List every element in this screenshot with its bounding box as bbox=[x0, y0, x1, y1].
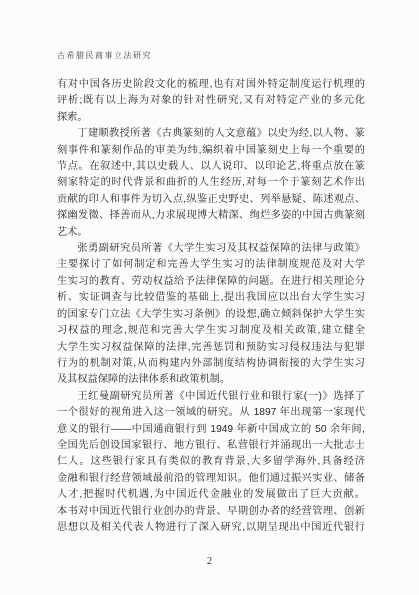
paragraph: 丁建顺教授所著《古典篆刻的人文意蕴》以史为经,以人物、篆刻事件和篆刻作品的审美为… bbox=[57, 126, 365, 241]
text-line: 全国先后创设国家银行、地方银行、私营银行并涌现出一大批志士 bbox=[57, 438, 365, 454]
text-line: 一个很好的视角进入这一领域的研究。从 1897 年出现第一家现代 bbox=[57, 405, 365, 421]
text-line: 主要探讨了如何制定和完善大学生实习的法律制度规范及对大学 bbox=[57, 257, 365, 273]
text-line: 刻事件和篆刻作品的审美为纬,编织着中国篆刻史上每一个重要的 bbox=[57, 143, 365, 159]
body-text: 有对中国各历史阶段文化的梳理,也有对国外特定制度运行机理的评析;既有以上海为对象… bbox=[57, 77, 365, 536]
text-line: 探索。 bbox=[57, 110, 365, 126]
text-line: 节点。在叙述中,其以史载人、以人说印、以印论艺,将重点放在篆 bbox=[57, 159, 365, 175]
text-line: 张勇副研究员所著《大学生实习及其权益保障的法律与政策》 bbox=[57, 241, 365, 257]
text-line: 意义的银行——中国通商银行到 1949 年新中国成立的 50 余年间, bbox=[57, 422, 365, 438]
running-header: 古希腊民商事立法研究 bbox=[57, 50, 152, 61]
page-number: 2 bbox=[0, 556, 419, 567]
text-line: 金融和银行经营领域最前沿的管理知识。他们通过振兴实业、储备 bbox=[57, 471, 365, 487]
paragraph: 有对中国各历史阶段文化的梳理,也有对国外特定制度运行机理的评析;既有以上海为对象… bbox=[57, 77, 365, 126]
text-line: 本书对中国近代银行业创办的背景、早期创办者的经营管理、创新 bbox=[57, 504, 365, 520]
paragraph: 王红曼副研究员所著《中国近代银行业和银行家(一)》选择了一个很好的视角进入这一领… bbox=[57, 389, 365, 537]
text-line: 及其权益保障的法律体系和政策机制。 bbox=[57, 372, 365, 388]
paragraph: 张勇副研究员所著《大学生实习及其权益保障的法律与政策》主要探讨了如何制定和完善大… bbox=[57, 241, 365, 389]
text-line: 人才,把握时代机遇,为中国近代金融业的发展做出了巨大贡献。 bbox=[57, 487, 365, 503]
text-line: 的国家专门立法《大学生实习条例》的设想,确立倾斜保护大学生实 bbox=[57, 307, 365, 323]
text-line: 行为的机制对策,从而构建内外部制度结构协调衔接的大学生实习 bbox=[57, 356, 365, 372]
text-line: 仁人。这些银行家具有类似的教育背景,大多留学海外,具备经济 bbox=[57, 454, 365, 470]
text-line: 贡献的印人和事件为切入点,纵鉴正史野史、列举悬疑、陈述观点、 bbox=[57, 192, 365, 208]
text-line: 王红曼副研究员所著《中国近代银行业和银行家(一)》选择了 bbox=[57, 389, 365, 405]
book-page: 古希腊民商事立法研究 有对中国各历史阶段文化的梳理,也有对国外特定制度运行机理的… bbox=[0, 0, 419, 595]
text-line: 生实习的教育、劳动权益给予法律保障的问题。在进行相关理论分 bbox=[57, 274, 365, 290]
text-line: 探幽发微、择善而从,力求展现博大精深、绚烂多姿的中国古典篆刻 bbox=[57, 208, 365, 224]
text-line: 大学生实习权益保障的法律,完善惩罚和预防实习侵权违法与犯罪 bbox=[57, 340, 365, 356]
text-line: 刻家特定的时代背景和曲折的人生经历,对每一个于篆刻艺术作出 bbox=[57, 175, 365, 191]
text-line: 思想以及相关代表人物进行了深入研究,以期呈现出中国近代银行 bbox=[57, 520, 365, 536]
text-line: 有对中国各历史阶段文化的梳理,也有对国外特定制度运行机理的 bbox=[57, 77, 365, 93]
text-line: 艺术。 bbox=[57, 225, 365, 241]
text-line: 评析;既有以上海为对象的针对性研究,又有对特定产业的多元化 bbox=[57, 93, 365, 109]
text-line: 丁建顺教授所著《古典篆刻的人文意蕴》以史为经,以人物、篆 bbox=[57, 126, 365, 142]
text-line: 习权益的理念,规范和完善大学生实习制度及相关政策,建立健全 bbox=[57, 323, 365, 339]
text-line: 析、实证调查与比较借鉴的基础上,提出我国应以出台大学生实习 bbox=[57, 290, 365, 306]
